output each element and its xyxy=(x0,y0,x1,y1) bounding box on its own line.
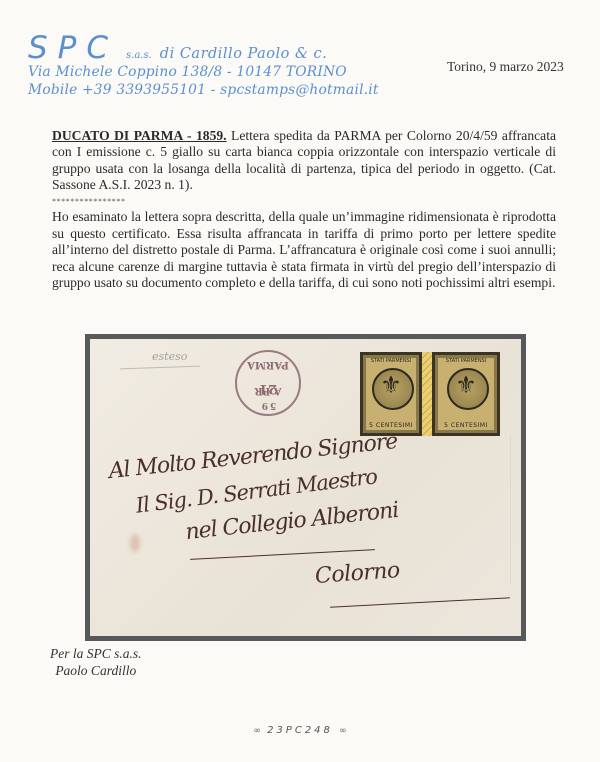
company-form: s.a.s. xyxy=(126,50,152,61)
postmark-year: 59 xyxy=(237,400,299,410)
ornament-icon: ∞ xyxy=(339,726,347,736)
company-logo: SPC xyxy=(28,30,118,66)
stamp: STATI PARMENSI ⚜ 5 CENTESIMI xyxy=(432,352,500,436)
separator: **************** xyxy=(52,197,126,206)
stamp-header: STATI PARMENSI xyxy=(360,358,422,364)
stamp-gutter xyxy=(422,352,432,436)
letterhead-title: SPC s.a.s. di Cardillo Paolo & c. xyxy=(28,30,379,60)
pencil-note: esteso xyxy=(152,350,187,363)
signature-block: Per la SPC s.a.s. Paolo Cardillo xyxy=(50,645,142,679)
stamp-value: 5 CENTESIMI xyxy=(432,422,500,429)
postmark-month: A.PR xyxy=(237,385,299,396)
stamp-header: STATI PARMENSI xyxy=(432,358,500,364)
stamp-pair: STATI PARMENSI ⚜ 5 CENTESIMI STATI PARME… xyxy=(360,352,506,436)
expert-opinion: Ho esaminato la lettera sopra descritta,… xyxy=(52,209,556,292)
company-name: di Cardillo Paolo & c. xyxy=(160,46,327,62)
signature-company: Per la SPC s.a.s. xyxy=(50,645,142,662)
certificate-serial: ∞ 23PC248 ∞ xyxy=(0,725,600,736)
company-address: Via Michele Coppino 138/8 - 10147 TORINO xyxy=(28,64,379,80)
signature-name: Paolo Cardillo xyxy=(50,662,142,679)
ornament-icon: ∞ xyxy=(253,726,261,736)
postmark: PARMA 21 A.PR 59 xyxy=(235,350,301,416)
underline xyxy=(330,596,510,607)
serial-number: 23PC248 xyxy=(267,725,333,736)
company-contact: Mobile +39 3393955101 - spcstamps@hotmai… xyxy=(28,82,379,98)
address-line: Colorno xyxy=(314,558,400,589)
stamp: STATI PARMENSI ⚜ 5 CENTESIMI xyxy=(360,352,422,436)
fleur-de-lis-icon: ⚜ xyxy=(360,370,422,400)
certificate-date: Torino, 9 marzo 2023 xyxy=(447,59,564,75)
item-description: DUCATO DI PARMA - 1859. Lettera spedita … xyxy=(52,128,556,194)
cover-image-frame: esteso PARMA 21 A.PR 59 STATI PARMENSI ⚜… xyxy=(85,334,526,641)
fleur-de-lis-icon: ⚜ xyxy=(432,370,500,400)
postmark-town: PARMA xyxy=(237,359,299,370)
stamp-value: 5 CENTESIMI xyxy=(360,422,422,429)
item-title: DUCATO DI PARMA - 1859. xyxy=(52,128,227,143)
underline xyxy=(190,548,375,560)
embossed-mark xyxy=(510,434,523,584)
letterhead: SPC s.a.s. di Cardillo Paolo & c. Via Mi… xyxy=(28,30,379,98)
stain xyxy=(130,534,140,552)
cover-image: esteso PARMA 21 A.PR 59 STATI PARMENSI ⚜… xyxy=(90,339,521,636)
